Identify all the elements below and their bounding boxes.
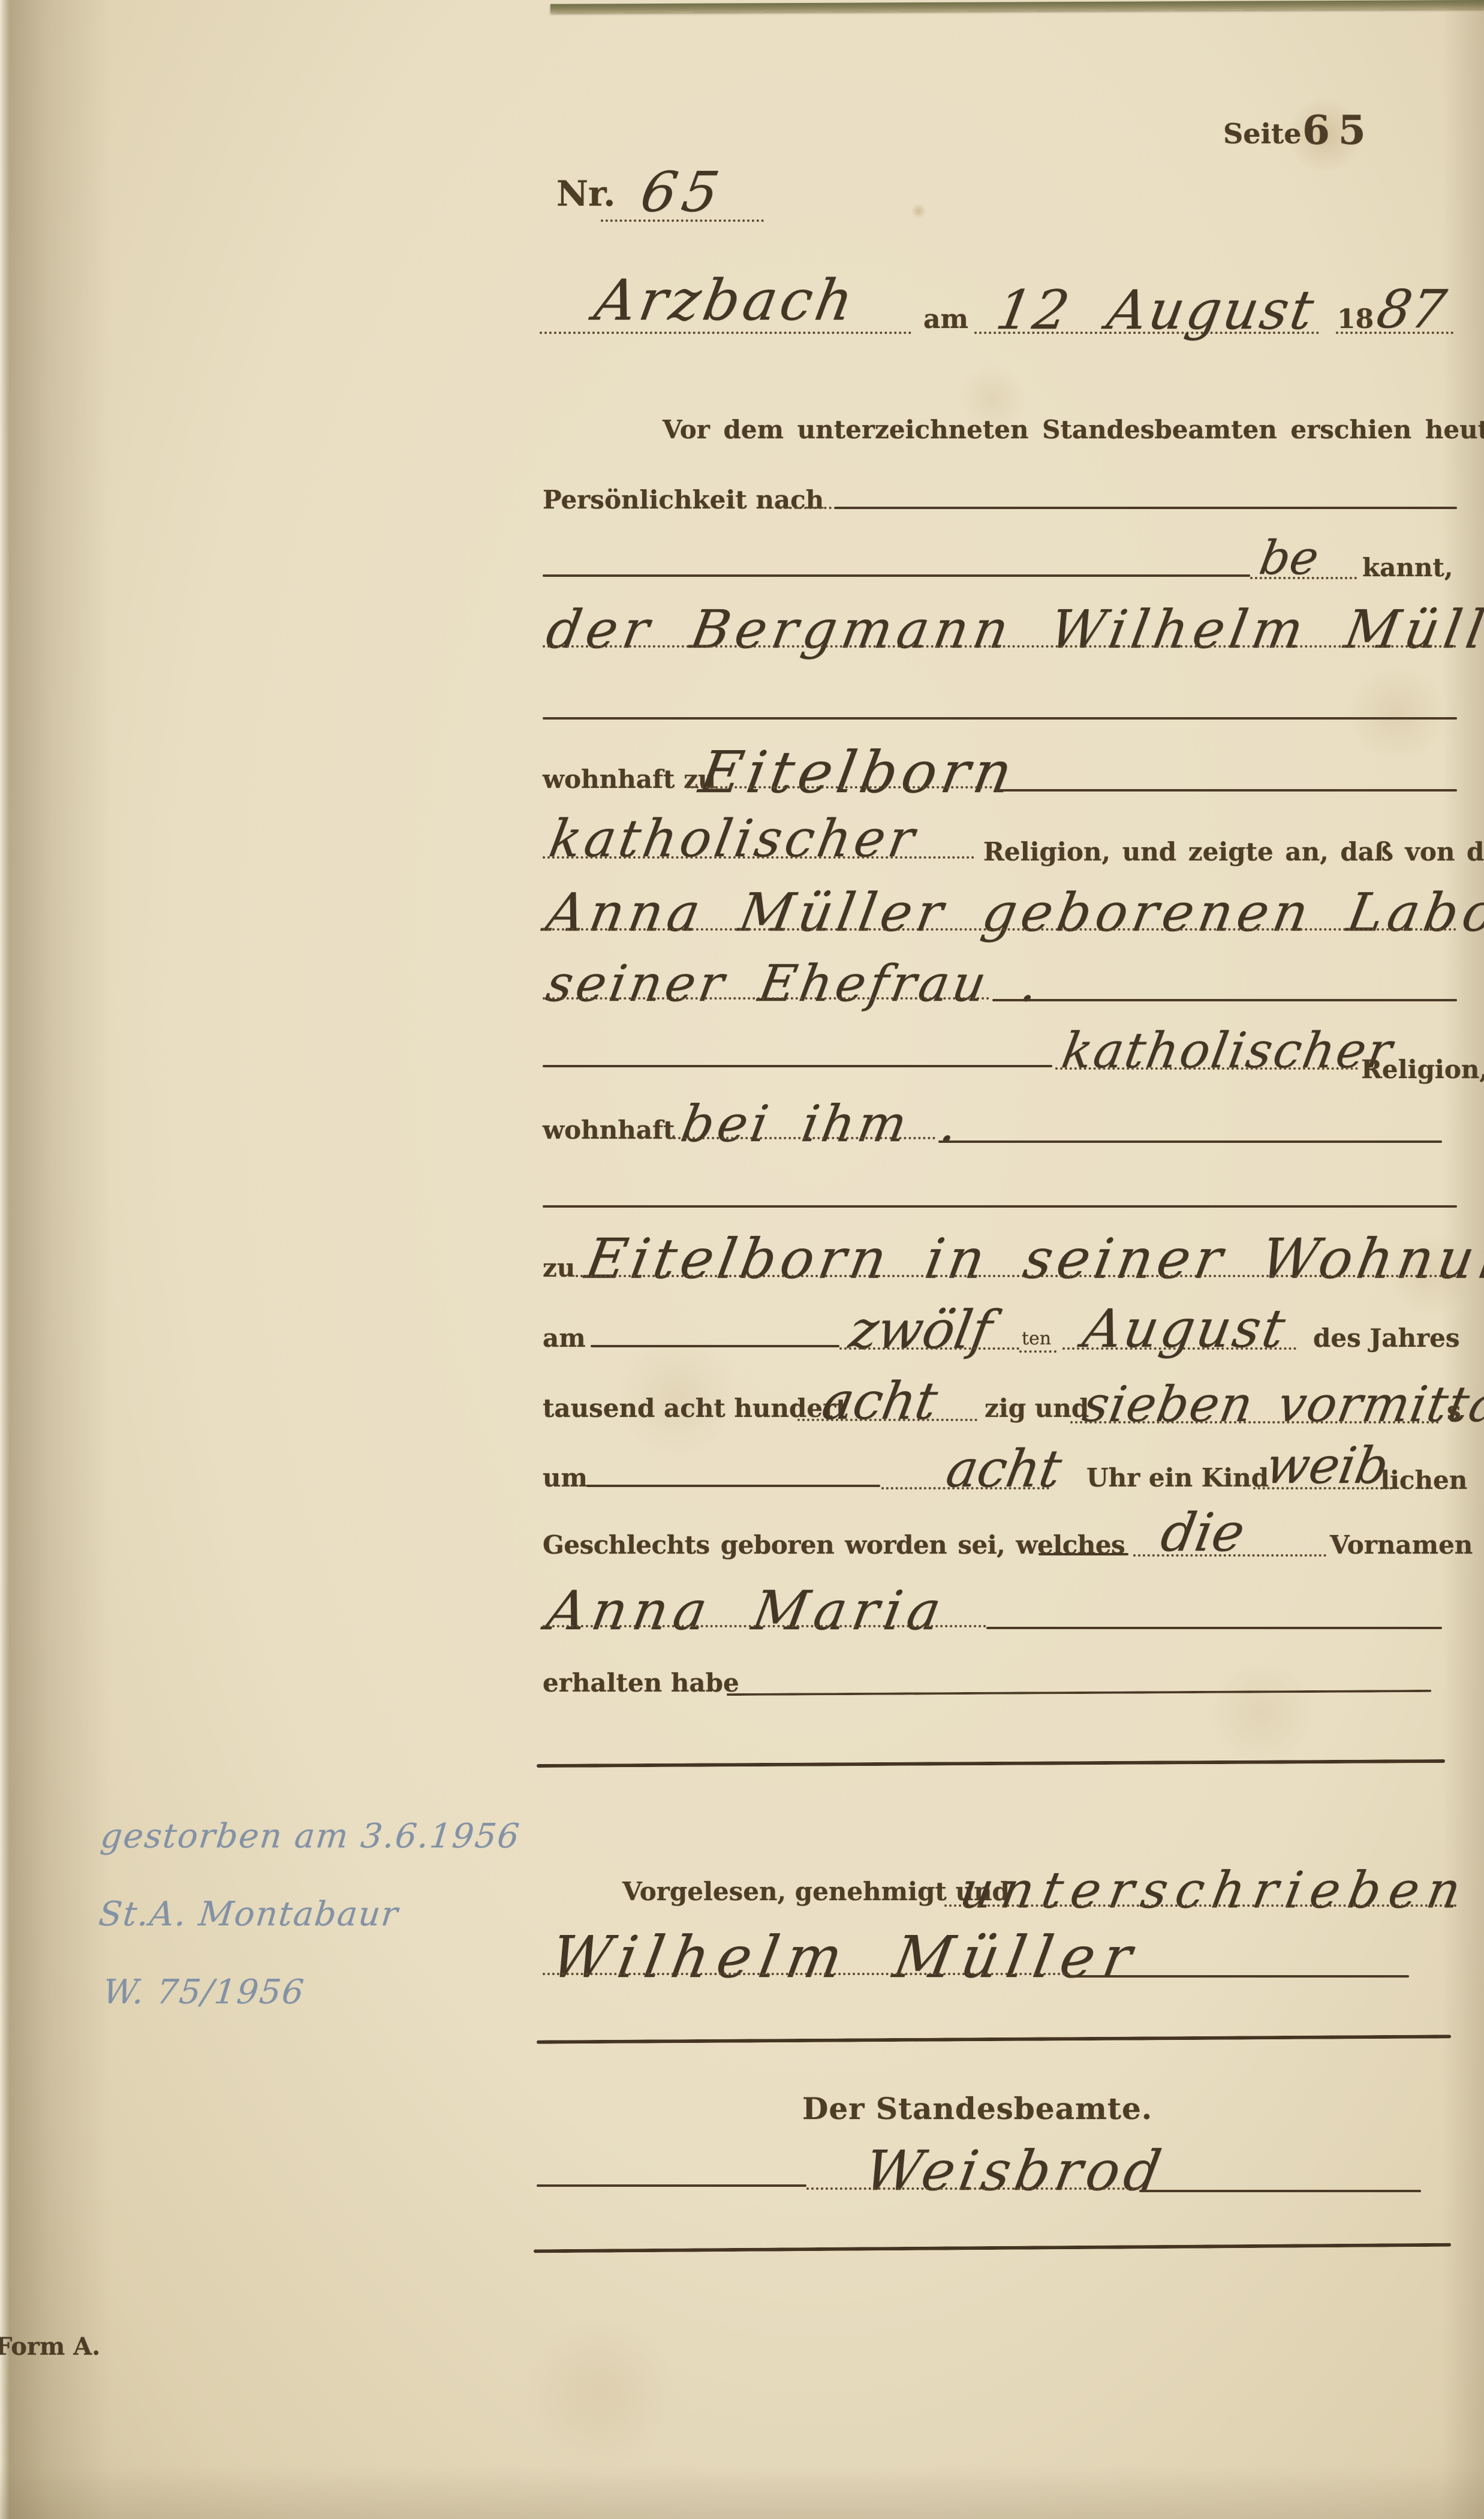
birth-day-rule-solid bbox=[591, 1345, 839, 1347]
margin-note-office: St.A. Montabaur bbox=[97, 1898, 401, 1931]
mother-religion-printed: Religion, bbox=[1361, 1057, 1484, 1082]
child-name-handwritten: Anna Maria bbox=[543, 1584, 950, 1638]
birth-zu-label: zu bbox=[543, 1256, 575, 1281]
birth-article-handwritten: die bbox=[1157, 1506, 1248, 1559]
birth-uhr-printed: Uhr ein Kind bbox=[1086, 1465, 1269, 1491]
birth-article-baseline bbox=[1133, 1554, 1326, 1557]
birth-day-suffix-underline bbox=[1019, 1350, 1056, 1353]
page-left-edge bbox=[0, 0, 10, 2519]
child-name-rule-solid bbox=[986, 1627, 1442, 1629]
personal-rule-dotted bbox=[779, 507, 836, 509]
birth-day-baseline bbox=[839, 1347, 1019, 1350]
known-printed: kannt, bbox=[1362, 555, 1453, 580]
mother-relation-handwritten: seiner Ehefrau . bbox=[543, 958, 1046, 1009]
declarant-religion-printed: Religion, und zeigte an, daß von der bbox=[983, 839, 1484, 865]
mother-name-baseline bbox=[543, 928, 1457, 931]
child-name-baseline bbox=[543, 1625, 986, 1627]
birth-zig-und-printed: zig und bbox=[985, 1396, 1089, 1421]
seite-number: 65 bbox=[1302, 110, 1374, 150]
vorgelesen-printed: Vorgelesen, genehmigt und bbox=[622, 1879, 1010, 1904]
mother-name-handwritten: Anna Müller geborenen Labonte bbox=[543, 886, 1484, 939]
year-underline bbox=[1336, 332, 1453, 334]
mother-residence-rule-solid bbox=[938, 1140, 1442, 1143]
mother-religion-baseline bbox=[1055, 1067, 1358, 1070]
personal-rule-solid bbox=[835, 507, 1457, 509]
signature-baseline bbox=[543, 1973, 1070, 1975]
erhalten-printed: erhalten habe bbox=[543, 1671, 739, 1696]
official-signature-handwritten: Weisbrod bbox=[860, 2144, 1170, 2199]
blank-rule-1 bbox=[543, 717, 1457, 720]
book-gutter-shadow bbox=[0, 0, 111, 2519]
declarant-religion-baseline bbox=[543, 856, 974, 859]
official-rule-left bbox=[537, 2184, 806, 2187]
birth-jahres-printed: des Jahres bbox=[1313, 1326, 1459, 1351]
birth-register-page: Seite 65 Nr. 65 Arzbach am 12 August 18 … bbox=[0, 0, 1484, 2519]
margin-note-death: gestorben am 3.6.1956 bbox=[99, 1820, 522, 1853]
mother-residence-handwritten: bei ihm . bbox=[678, 1099, 965, 1149]
blank-rule-4 bbox=[537, 2035, 1451, 2044]
erhalten-rule bbox=[727, 1690, 1431, 1696]
year-printed-prefix: 18 bbox=[1337, 306, 1374, 333]
blank-rule-2 bbox=[543, 1205, 1457, 1208]
am-label: am bbox=[923, 306, 968, 333]
mother-religion-rule-solid bbox=[543, 1065, 1052, 1067]
unterschrieben-handwritten: unterschrieben bbox=[956, 1865, 1473, 1915]
official-rule-right bbox=[1139, 2190, 1421, 2192]
scan-top-edge bbox=[550, 0, 1484, 13]
blank-rule-3 bbox=[537, 1759, 1445, 1768]
birth-units-baseline bbox=[1070, 1421, 1439, 1423]
form-label: Form A. bbox=[0, 2335, 100, 2359]
signature-rule-solid bbox=[1070, 1975, 1409, 1978]
birth-s-printed: s bbox=[1447, 1398, 1461, 1423]
birth-sex-handwritten: weib bbox=[1262, 1440, 1392, 1491]
page-bottom-shadow bbox=[0, 2465, 1484, 2519]
mother-residence-baseline bbox=[669, 1137, 935, 1139]
birth-hour-baseline bbox=[881, 1487, 1049, 1489]
birth-vornamen-printed: Vornamen bbox=[1330, 1533, 1473, 1558]
mother-relation-baseline bbox=[543, 997, 989, 1000]
birth-decade-baseline bbox=[797, 1419, 977, 1421]
nr-underline bbox=[601, 219, 764, 222]
intro-line1: Vor dem unterzeichneten Standesbeamten e… bbox=[663, 417, 1484, 443]
known-rule-dotted bbox=[1250, 577, 1357, 579]
birth-month-baseline bbox=[1062, 1347, 1296, 1350]
residence-rule-solid bbox=[995, 789, 1457, 791]
official-rule-middle bbox=[806, 2187, 1139, 2190]
residence-handwritten: Eitelborn bbox=[696, 744, 1021, 801]
record-date-handwritten: 12 August bbox=[992, 284, 1320, 338]
birth-hour-rule-solid bbox=[586, 1485, 880, 1487]
mother-residence-label: wohnhaft bbox=[543, 1118, 675, 1143]
birth-year-prefix-printed: tausend acht hundert bbox=[543, 1396, 848, 1421]
declarant-signature-handwritten: Wilhelm Müller bbox=[547, 1928, 1144, 1986]
margin-note-reference: W. 75/1956 bbox=[101, 1976, 306, 2009]
birth-day-suffix-printed: ten bbox=[1022, 1330, 1051, 1348]
residence-baseline bbox=[687, 786, 992, 788]
year-handwritten: 87 bbox=[1373, 283, 1450, 336]
mother-relation-rule-solid bbox=[992, 999, 1457, 1001]
place-underline bbox=[540, 332, 911, 334]
record-place-handwritten: Arzbach bbox=[591, 273, 860, 329]
declarant-baseline bbox=[543, 645, 1457, 648]
birth-article-rule-solid bbox=[1039, 1553, 1128, 1555]
known-handwritten: be bbox=[1256, 535, 1322, 582]
birth-am-label: am bbox=[543, 1326, 586, 1351]
known-rule-solid bbox=[543, 574, 1250, 577]
birth-lichen-printed: lichen bbox=[1380, 1468, 1467, 1493]
nr-value-handwritten: 65 bbox=[637, 165, 729, 220]
final-rule bbox=[534, 2243, 1451, 2253]
nr-label: Nr. bbox=[556, 176, 615, 211]
birth-geschlecht-printed: Geschlechts geboren worden sei, welches bbox=[543, 1533, 1125, 1558]
birth-place-baseline bbox=[576, 1275, 1457, 1277]
unterschrieben-baseline bbox=[944, 1904, 1457, 1907]
official-title-printed: Der Standesbeamte. bbox=[802, 2094, 1152, 2124]
birth-um-label: um bbox=[543, 1465, 588, 1491]
seite-label: Seite bbox=[1223, 120, 1301, 148]
declarant-name-handwritten: der Bergmann Wilhelm Müller bbox=[543, 603, 1484, 656]
birth-sex-baseline bbox=[1253, 1487, 1392, 1489]
birth-place-handwritten: Eitelborn in seiner Wohnung bbox=[582, 1232, 1484, 1287]
